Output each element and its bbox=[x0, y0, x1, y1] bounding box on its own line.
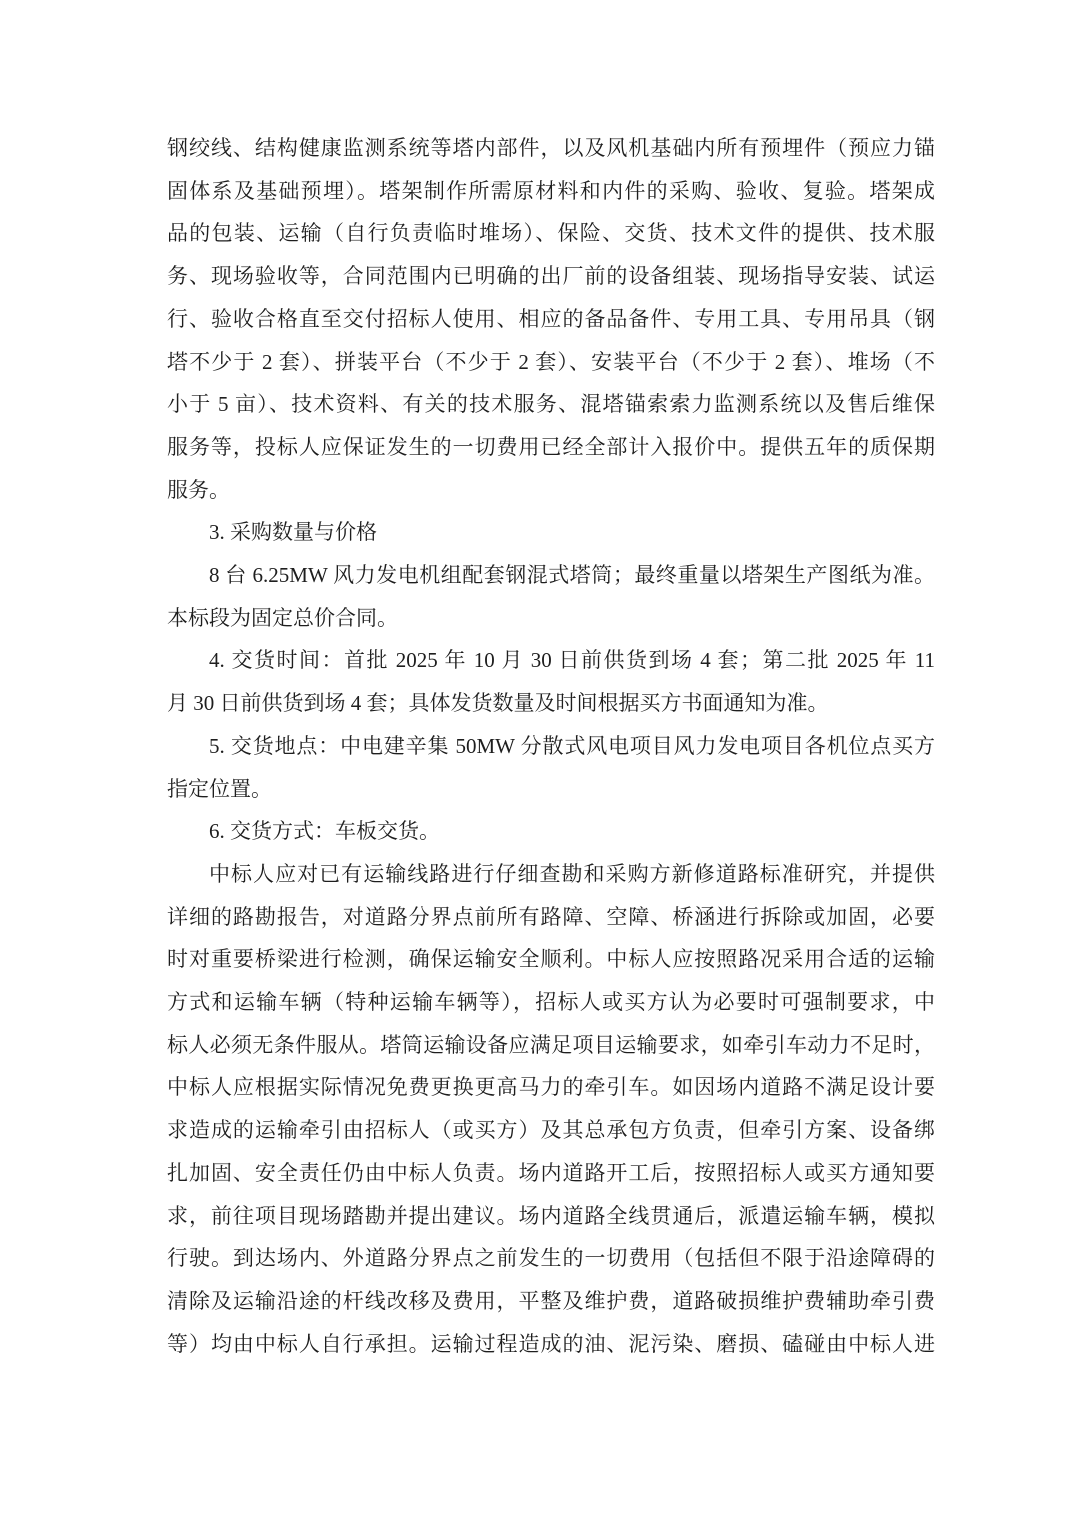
text-line: 月 30 日前供货到场 4 套；具体发货数量及时间根据买方书面通知为准。 bbox=[167, 682, 935, 725]
text-line: 务、现场验收等，合同范围内已明确的出厂前的设备组装、现场指导安装、试运 bbox=[167, 255, 935, 298]
text-line: 8 台 6.25MW 风力发电机组配套钢混式塔筒；最终重量以塔架生产图纸为准。 bbox=[167, 554, 935, 597]
text-line: 固体系及基础预埋）。塔架制作所需原材料和内件的采购、验收、复验。塔架成 bbox=[167, 170, 935, 213]
text-line: 服务。 bbox=[167, 469, 935, 512]
text-line: 行驶。到达场内、外道路分界点之前发生的一切费用（包括但不限于沿途障碍的 bbox=[167, 1237, 935, 1280]
text-line: 清除及运输沿途的杆线改移及费用，平整及维护费，道路破损维护费辅助牵引费 bbox=[167, 1280, 935, 1323]
paragraph-heading-quantity-price: 3. 采购数量与价格 bbox=[167, 511, 935, 554]
text-line: 服务等，投标人应保证发生的一切费用已经全部计入报价中。提供五年的质保期 bbox=[167, 426, 935, 469]
text-line: 塔不少于 2 套）、拼装平台（不少于 2 套）、安装平台（不少于 2 套）、堆场… bbox=[167, 341, 935, 384]
text-block: 钢绞线、结构健康监测系统等塔内部件，以及风机基础内所有预埋件（预应力锚 固体系及… bbox=[167, 127, 935, 1365]
paragraph-delivery-time: 4. 交货时间：首批 2025 年 10 月 30 日前供货到场 4 套；第二批… bbox=[167, 639, 935, 724]
text-line: 5. 交货地点：中电建辛集 50MW 分散式风电项目风力发电项目各机位点买方 bbox=[167, 725, 935, 768]
text-line: 6. 交货方式：车板交货。 bbox=[167, 810, 935, 853]
text-line: 扎加固、安全责任仍由中标人负责。场内道路开工后，按照招标人或买方通知要 bbox=[167, 1152, 935, 1195]
text-line: 时对重要桥梁进行检测，确保运输安全顺利。中标人应按照路况采用合适的运输 bbox=[167, 938, 935, 981]
text-line: 中标人应根据实际情况免费更换更高马力的牵引车。如因场内道路不满足设计要 bbox=[167, 1066, 935, 1109]
text-line: 标人必须无条件服从。塔筒运输设备应满足项目运输要求，如牵引车动力不足时， bbox=[167, 1024, 935, 1067]
text-line: 小于 5 亩）、技术资料、有关的技术服务、混塔锚索索力监测系统以及售后维保 bbox=[167, 383, 935, 426]
paragraph-delivery-place: 5. 交货地点：中电建辛集 50MW 分散式风电项目风力发电项目各机位点买方 指… bbox=[167, 725, 935, 810]
text-line: 钢绞线、结构健康监测系统等塔内部件，以及风机基础内所有预埋件（预应力锚 bbox=[167, 127, 935, 170]
text-line: 4. 交货时间：首批 2025 年 10 月 30 日前供货到场 4 套；第二批… bbox=[167, 639, 935, 682]
paragraph-transport-requirements: 中标人应对已有运输线路进行仔细查勘和采购方新修道路标准研究，并提供 详细的路勘报… bbox=[167, 853, 935, 1365]
text-line: 行、验收合格直至交付招标人使用、相应的备品备件、专用工具、专用吊具（钢 bbox=[167, 298, 935, 341]
paragraph-delivery-method: 6. 交货方式：车板交货。 bbox=[167, 810, 935, 853]
document-page: 钢绞线、结构健康监测系统等塔内部件，以及风机基础内所有预埋件（预应力锚 固体系及… bbox=[0, 0, 1080, 1527]
text-line: 指定位置。 bbox=[167, 768, 935, 811]
paragraph-quantity-price: 8 台 6.25MW 风力发电机组配套钢混式塔筒；最终重量以塔架生产图纸为准。 … bbox=[167, 554, 935, 639]
paragraph-scope-continuation: 钢绞线、结构健康监测系统等塔内部件，以及风机基础内所有预埋件（预应力锚 固体系及… bbox=[167, 127, 935, 511]
text-line: 方式和运输车辆（特种运输车辆等），招标人或买方认为必要时可强制要求，中 bbox=[167, 981, 935, 1024]
text-line: 详细的路勘报告，对道路分界点前所有路障、空障、桥涵进行拆除或加固，必要 bbox=[167, 896, 935, 939]
text-line: 本标段为固定总价合同。 bbox=[167, 597, 935, 640]
text-line: 中标人应对已有运输线路进行仔细查勘和采购方新修道路标准研究，并提供 bbox=[167, 853, 935, 896]
text-line: 求，前往项目现场踏勘并提出建议。场内道路全线贯通后，派遣运输车辆，模拟 bbox=[167, 1195, 935, 1238]
text-line: 品的包装、运输（自行负责临时堆场）、保险、交货、技术文件的提供、技术服 bbox=[167, 212, 935, 255]
text-line: 等）均由中标人自行承担。运输过程造成的油、泥污染、磨损、磕碰由中标人进 bbox=[167, 1323, 935, 1366]
text-line: 3. 采购数量与价格 bbox=[167, 511, 935, 554]
text-line: 求造成的运输牵引由招标人（或买方）及其总承包方负责，但牵引方案、设备绑 bbox=[167, 1109, 935, 1152]
